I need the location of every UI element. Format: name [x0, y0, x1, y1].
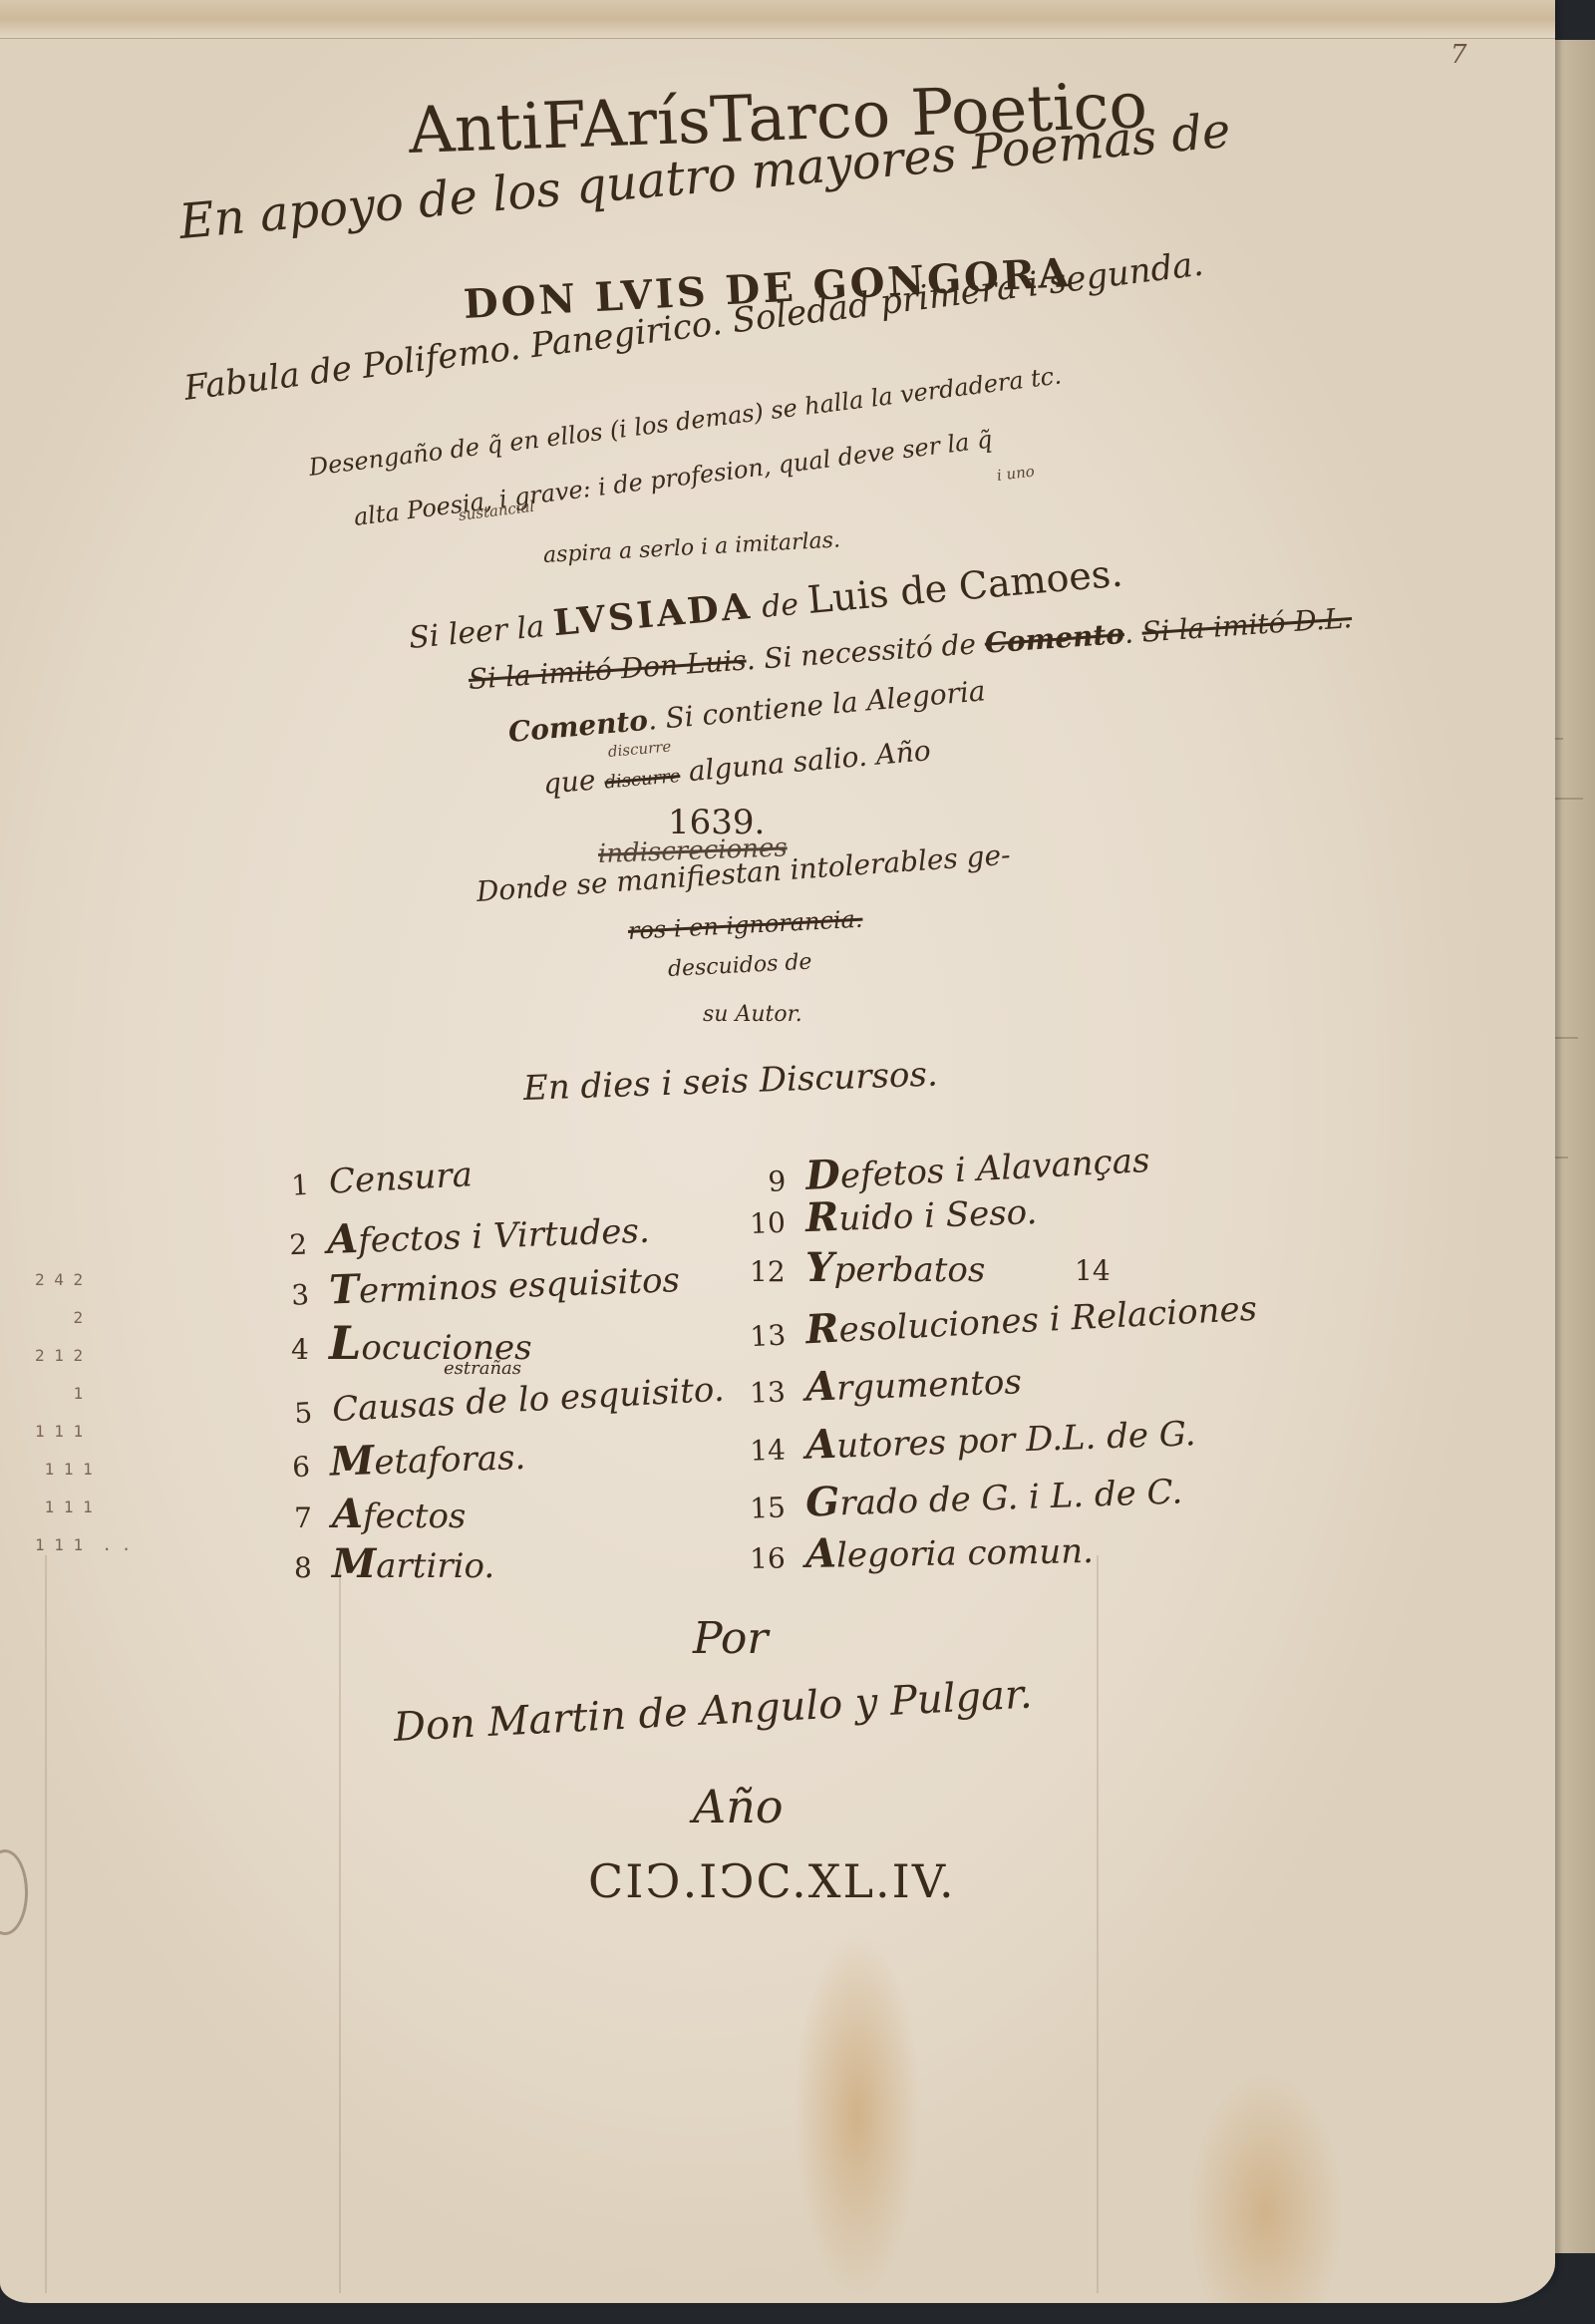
toc-item-13b: 13Argumentos	[749, 1356, 1022, 1412]
roman-year: CIↃ.IↃC.XL.IV.	[588, 1854, 956, 1908]
toc-item-1: 1Censura	[290, 1155, 474, 1203]
toc-label: fectos i Virtudes.	[358, 1211, 651, 1261]
toc-number: 6	[292, 1450, 331, 1484]
toc-number: 7	[294, 1501, 332, 1534]
toc-number: 5	[294, 1395, 334, 1430]
toc-number: 15	[750, 1491, 806, 1525]
ano-label: Año	[693, 1780, 784, 1833]
manifest-line-4: su Autor.	[703, 1002, 802, 1027]
toc-number: 13	[750, 1317, 807, 1353]
ruled-line	[339, 1555, 341, 2293]
toc-number: 16	[750, 1541, 806, 1575]
lusiada-line-4-text: alguna salio. Año	[687, 734, 931, 788]
toc-item-2: 2Afectos i Virtudes.	[288, 1205, 650, 1265]
toc-number: 10	[750, 1205, 806, 1240]
lusiada-de: de	[761, 587, 800, 625]
toc-note-estranas: estrañas	[444, 1358, 521, 1379]
toc-note-14: 14	[1075, 1254, 1111, 1287]
toc-number: 12	[750, 1255, 805, 1288]
toc-item-3: 3Terminos esquisitos	[290, 1254, 680, 1315]
ruled-line	[45, 1555, 47, 2293]
toc-label: esoluciones i Relaciones	[838, 1289, 1258, 1351]
toc-label: etaforas.	[374, 1438, 526, 1483]
lusiada-line-3-text: . Si contiene la Alegoria	[646, 674, 986, 736]
manifest-line-3: descuidos de	[667, 949, 812, 982]
toc-initial: T	[328, 1265, 359, 1313]
toc-item-15: 15Grado de G. i L. de C.	[749, 1466, 1183, 1527]
description-insert-1: i uno	[996, 462, 1036, 484]
struck-text: discurre	[604, 766, 682, 794]
toc-initial: R	[804, 1193, 839, 1241]
por-label: Por	[693, 1613, 768, 1664]
toc-number: 14	[750, 1433, 806, 1468]
camoes-name: Luis de Camoes.	[805, 550, 1124, 621]
description-line-3: aspira a serlo i a imitarlas.	[542, 527, 840, 568]
margin-tally: 2 4 2 2 2 1 2 1 1 1 1 1 1 1 1 1 1 1 1 1 …	[35, 1261, 131, 1564]
toc-item-14: 14Autores por D.L. de G.	[749, 1408, 1196, 1471]
folio-number: 7	[1450, 40, 1467, 70]
toc-item-10: 10Ruido i Seso.	[749, 1186, 1038, 1243]
ruled-line	[1097, 1555, 1099, 2293]
toc-number: 1	[290, 1167, 330, 1202]
toc-initial: Y	[805, 1244, 834, 1291]
toc-item-13a: 13Resoluciones i Relaciones	[749, 1283, 1258, 1357]
toc-item-12: 12Yperbatos	[750, 1244, 985, 1291]
toc-item-7: 7Afectos	[294, 1491, 466, 1537]
toc-number: 8	[294, 1551, 332, 1584]
toc-label: rado de G. i L. de C.	[839, 1472, 1183, 1523]
toc-initial: C	[328, 1161, 356, 1201]
toc-label: ensura	[354, 1155, 474, 1200]
toc-initial: A	[332, 1491, 363, 1537]
toc-initial: G	[804, 1478, 840, 1525]
toc-initial: L	[329, 1316, 361, 1370]
toc-initial: A	[326, 1215, 359, 1263]
toc-number: 4	[291, 1333, 329, 1366]
toc-label: utores por D.L. de G.	[836, 1414, 1197, 1467]
toc-item-6: 6Metaforas.	[291, 1432, 526, 1487]
binding-mark	[0, 1849, 28, 1935]
toc-number: 9	[768, 1163, 807, 1198]
page-top-fold	[0, 0, 1555, 39]
lusiada-line-4: que discurre alguna salio. Año	[542, 734, 932, 801]
toc-label: uido i Seso.	[838, 1192, 1038, 1239]
toc-label: fectos	[363, 1496, 466, 1536]
toc-label: legoria comun.	[836, 1531, 1094, 1575]
toc-initial: A	[805, 1529, 837, 1577]
lusiada-prefix: Si leer la	[408, 609, 546, 656]
author-name: Don Martin de Angulo y Pulgar.	[393, 1671, 1034, 1750]
struck-text: ros i en ignorancia.	[627, 905, 863, 945]
struck-text: Si la imitó Don Luis	[468, 644, 748, 696]
toc-label: perbatos	[834, 1250, 986, 1290]
toc-initial: C	[331, 1389, 359, 1430]
toc-label: artirio.	[376, 1546, 494, 1586]
toc-item-8: 8Martirio.	[294, 1540, 494, 1587]
struck-text: Si la imitó D.L.	[1140, 601, 1353, 649]
que-word: que	[542, 763, 597, 800]
toc-item-5: 5Causas de lo esquisito.	[293, 1370, 725, 1433]
toc-initial: A	[804, 1421, 837, 1469]
lusiada-line-2-text: . Si necessitó de	[745, 627, 977, 676]
toc-initial: D	[804, 1151, 841, 1199]
toc-label: rgumentos	[835, 1362, 1022, 1408]
discursos-heading: En dies i seis Discursos.	[522, 1054, 938, 1108]
struck-text: Comento	[984, 617, 1125, 660]
toc-item-16: 16Alegoria comun.	[750, 1525, 1095, 1578]
toc-number: 13	[750, 1375, 806, 1410]
toc-label: ausas de lo esquisito.	[357, 1370, 725, 1429]
manuscript-scan: 7 AntiFArísTarco Poetico En apoyo de los…	[0, 0, 1595, 2324]
manuscript-page: 7 AntiFArísTarco Poetico En apoyo de los…	[0, 0, 1555, 2303]
toc-label: erminos esquisitos	[358, 1260, 680, 1311]
toc-initial: M	[332, 1540, 376, 1587]
toc-initial: A	[804, 1363, 837, 1411]
toc-number: 3	[291, 1277, 330, 1311]
toc-initial: R	[804, 1305, 840, 1354]
toc-initial: M	[329, 1437, 375, 1486]
lusiada-title: LVSIADA	[551, 585, 754, 644]
toc-number: 2	[289, 1227, 328, 1261]
